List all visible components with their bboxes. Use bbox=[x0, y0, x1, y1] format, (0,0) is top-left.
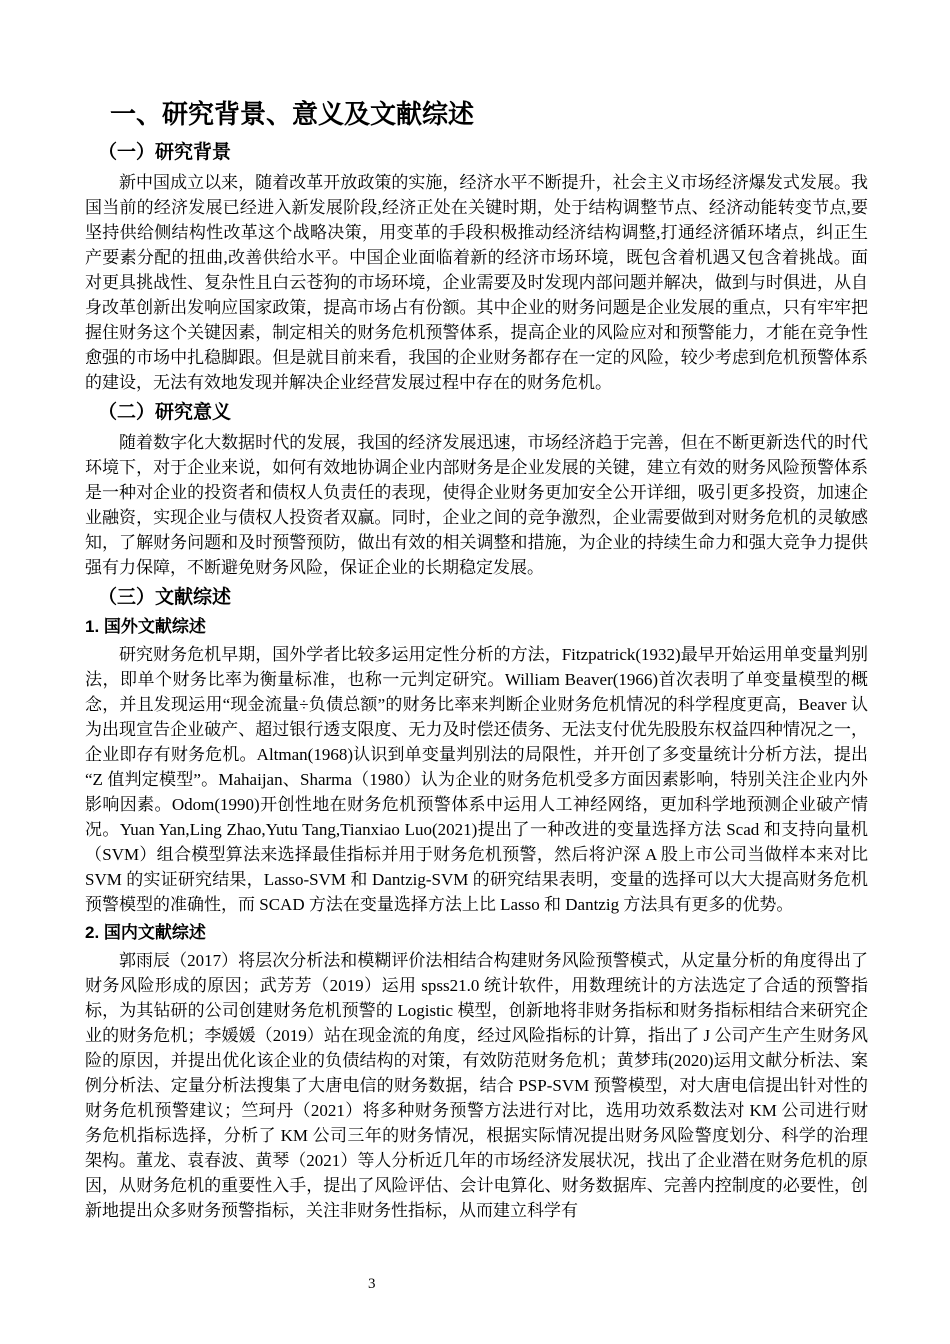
page-number: 3 bbox=[368, 1276, 376, 1293]
section-heading-research-background: （一）研究背景 bbox=[98, 140, 868, 166]
paragraph-research-background: 新中国成立以来，随着改革开放政策的实施，经济水平不断提升，社会主义市场经济爆发式… bbox=[85, 170, 868, 395]
subsection-heading-domestic-literature: 2. 国内文献综述 bbox=[85, 921, 868, 945]
section-heading-research-significance: （二）研究意义 bbox=[98, 400, 868, 426]
document-title: 一、研究背景、意义及文献综述 bbox=[110, 98, 868, 130]
section-heading-literature-review: （三）文献综述 bbox=[98, 585, 868, 611]
paragraph-domestic-literature: 郭雨辰（2017）将层次分析法和模糊评价法相结合构建财务风险预警模式，从定量分析… bbox=[85, 948, 868, 1223]
document-page: 一、研究背景、意义及文献综述 （一）研究背景 新中国成立以来，随着改革开放政策的… bbox=[0, 0, 950, 1344]
paragraph-research-significance: 随着数字化大数据时代的发展，我国的经济发展迅速，市场经济趋于完善，但在不断更新迭… bbox=[85, 430, 868, 580]
document-content: 一、研究背景、意义及文献综述 （一）研究背景 新中国成立以来，随着改革开放政策的… bbox=[85, 98, 868, 1223]
paragraph-foreign-literature: 研究财务危机早期，国外学者比较多运用定性分析的方法，Fitzpatrick(19… bbox=[85, 642, 868, 917]
subsection-heading-foreign-literature: 1. 国外文献综述 bbox=[85, 615, 868, 639]
